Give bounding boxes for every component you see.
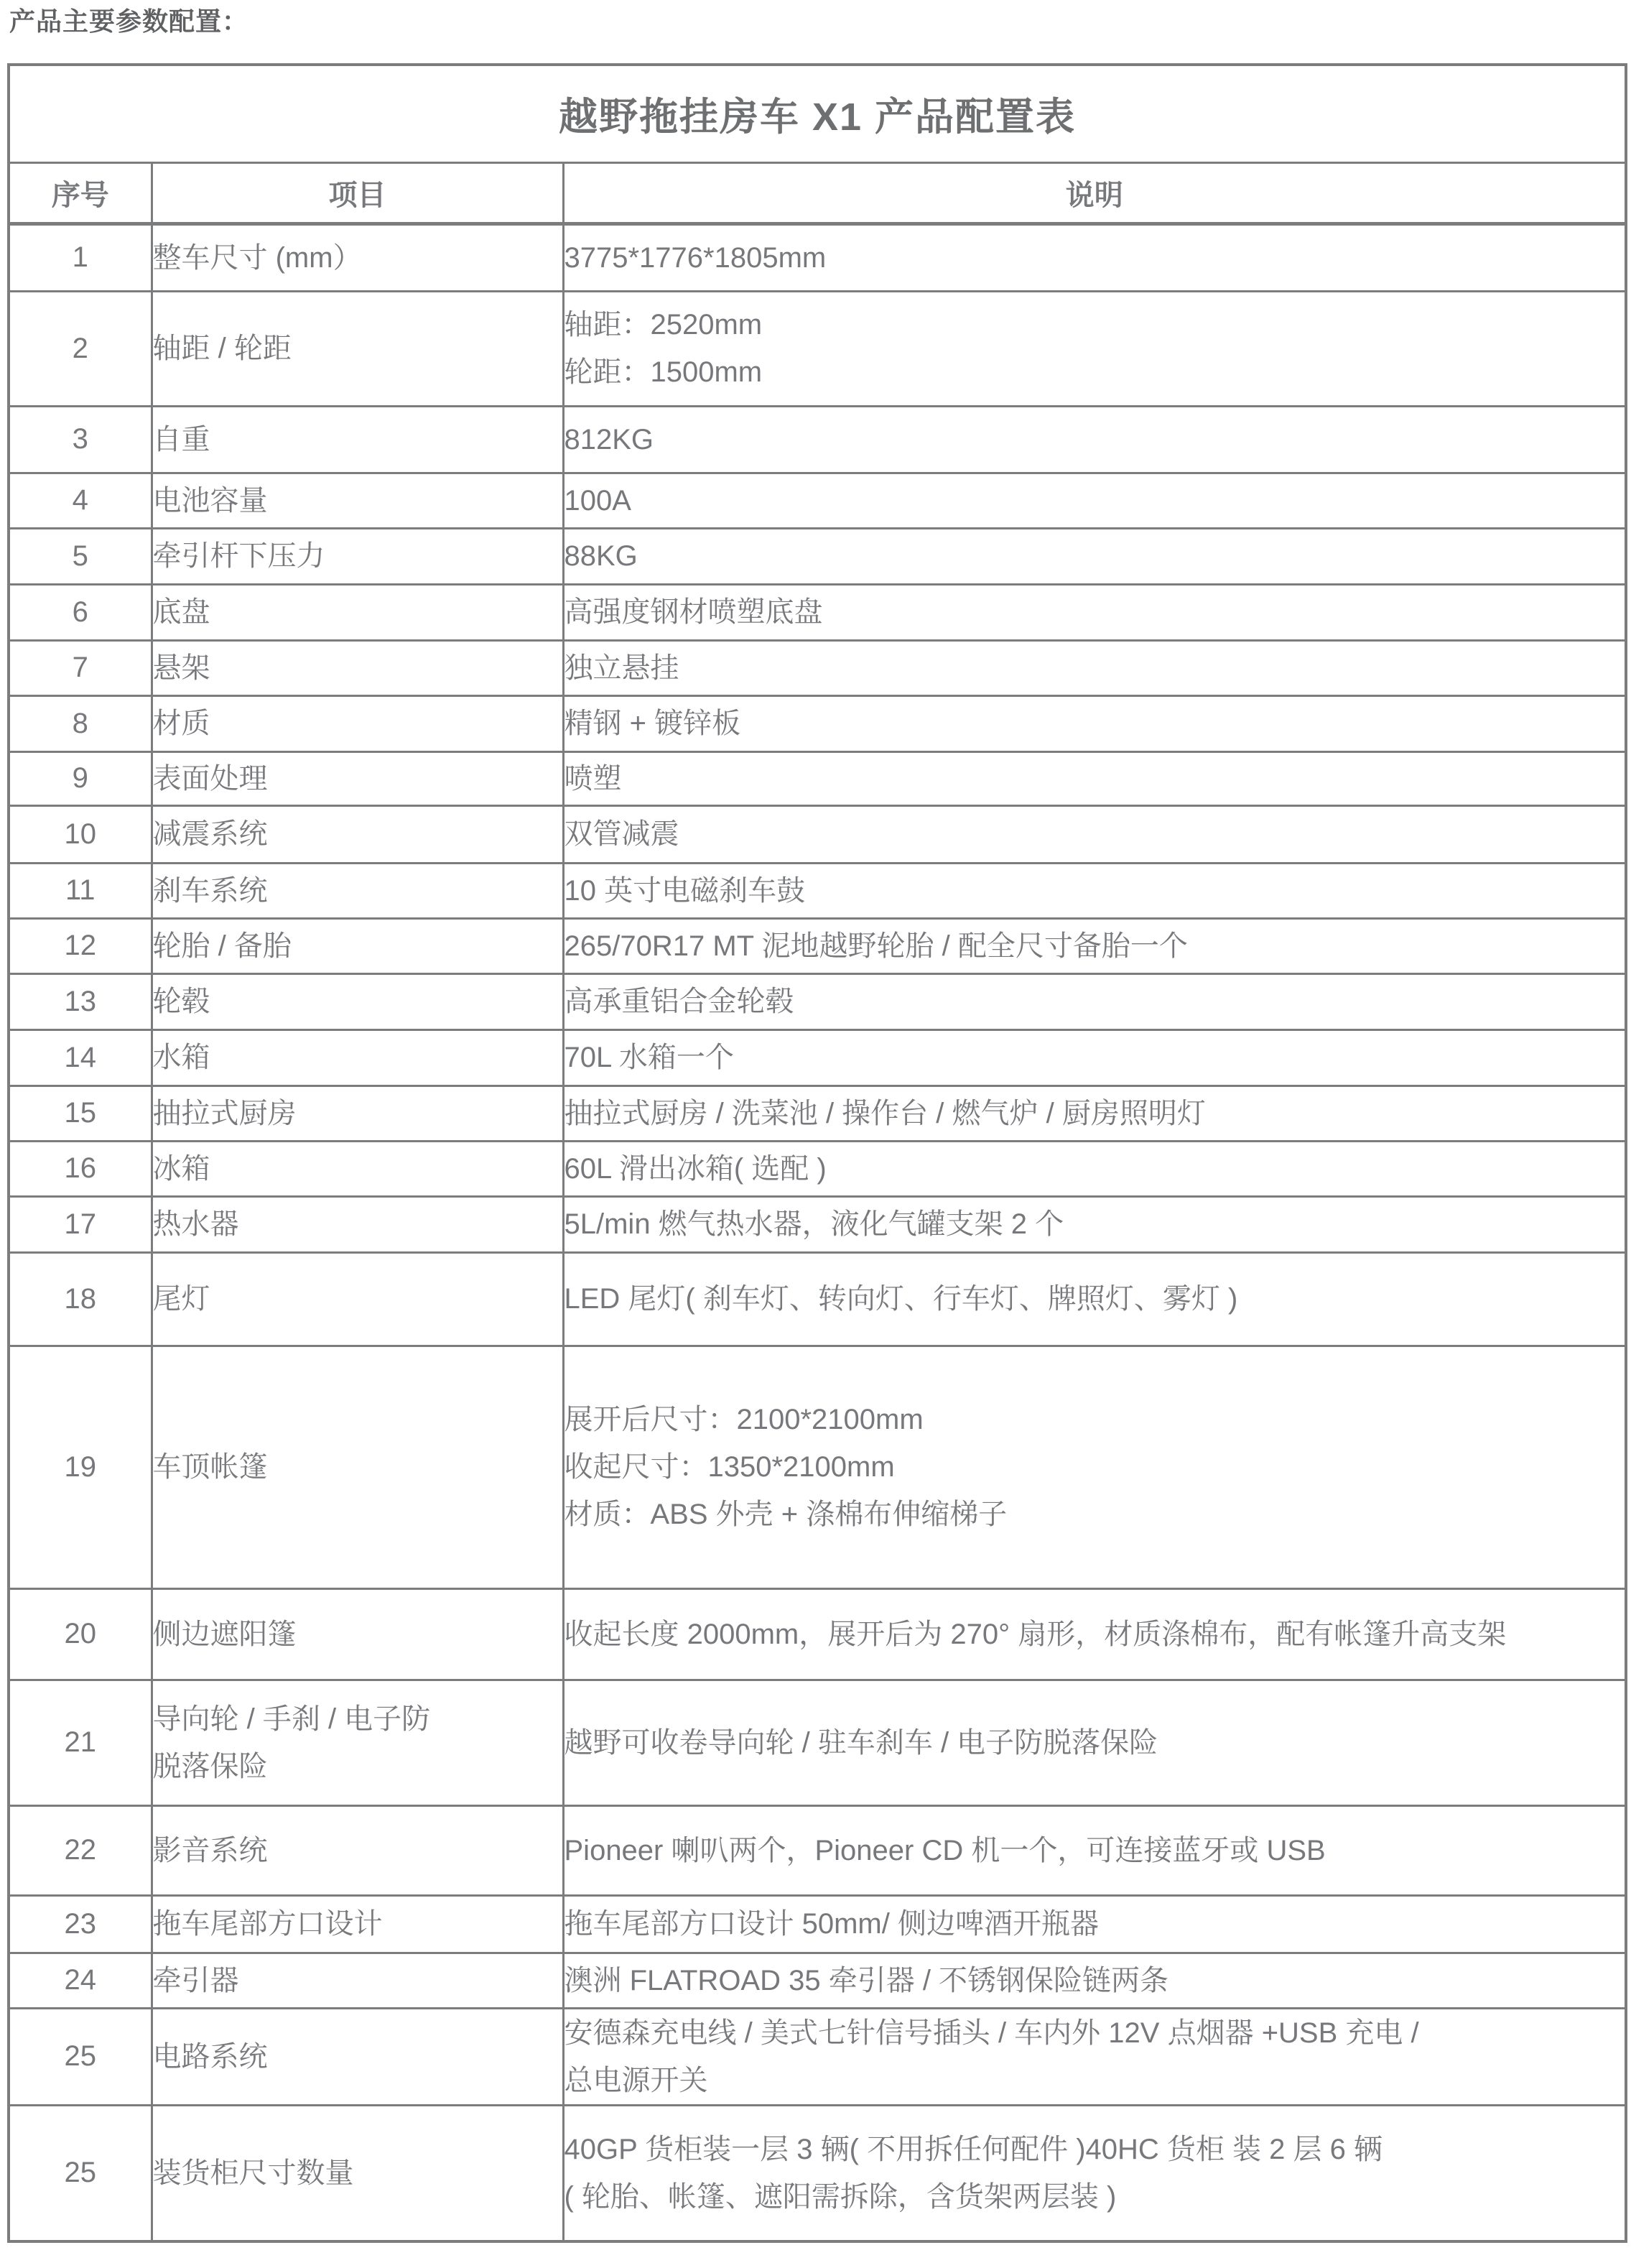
item-line: 拖车尾部方口设计: [153, 1900, 562, 1948]
description-line: 收起长度 2000mm，展开后为 270° 扇形，材质涤棉布，配有帐篷升高支架: [564, 1611, 1625, 1658]
row-number-cell: 14: [9, 1029, 152, 1086]
item-line: 底盘: [153, 588, 562, 636]
description-line: 10 英寸电磁刹车鼓: [564, 867, 1625, 915]
item-cell: 冰箱: [152, 1141, 563, 1196]
description-line: 越野可收卷导向轮 / 驻车刹车 / 电子防脱落保险: [564, 1719, 1625, 1767]
table-row: 5牵引杆下压力88KG: [9, 528, 1626, 584]
item-cell: 减震系统: [152, 805, 563, 863]
description-line: 总电源开关: [564, 2057, 1625, 2104]
table-row: 16冰箱60L 滑出冰箱( 选配 ): [9, 1141, 1626, 1196]
description-cell: LED 尾灯( 刹车灯、转向灯、行车灯、牌照灯、雾灯 ): [563, 1252, 1626, 1346]
item-cell: 材质: [152, 695, 563, 751]
row-number-cell: 9: [9, 751, 152, 805]
description-line: 材质：ABS 外壳 + 涤棉布伸缩梯子: [564, 1491, 1625, 1538]
description-line: 70L 水箱一个: [564, 1034, 1625, 1081]
row-number-cell: 24: [9, 1953, 152, 2008]
item-line: 抽拉式厨房: [153, 1090, 562, 1137]
description-cell: 双管减震: [563, 805, 1626, 863]
row-number-cell: 17: [9, 1196, 152, 1252]
description-line: 精钢 + 镀锌板: [564, 700, 1625, 747]
item-line: 减震系统: [153, 810, 562, 858]
row-number-cell: 7: [9, 640, 152, 695]
description-cell: 265/70R17 MT 泥地越野轮胎 / 配全尺寸备胎一个: [563, 918, 1626, 973]
description-cell: 澳洲 FLATROAD 35 牵引器 / 不锈钢保险链两条: [563, 1953, 1626, 2008]
item-cell: 轮毂: [152, 973, 563, 1029]
description-line: 安德森充电线 / 美式七针信号插头 / 车内外 12V 点烟器 +USB 充电 …: [564, 2009, 1625, 2057]
item-line: 热水器: [153, 1200, 562, 1248]
row-number-cell: 5: [9, 528, 152, 584]
description-cell: 安德森充电线 / 美式七针信号插头 / 车内外 12V 点烟器 +USB 充电 …: [563, 2008, 1626, 2105]
row-number-cell: 19: [9, 1346, 152, 1588]
item-line: 影音系统: [153, 1827, 562, 1874]
item-cell: 电池容量: [152, 473, 563, 528]
description-line: 5L/min 燃气热水器，液化气罐支架 2 个: [564, 1200, 1625, 1248]
table-row: 21导向轮 / 手刹 / 电子防脱落保险越野可收卷导向轮 / 驻车刹车 / 电子…: [9, 1680, 1626, 1805]
row-number-cell: 10: [9, 805, 152, 863]
description-line: 265/70R17 MT 泥地越野轮胎 / 配全尺寸备胎一个: [564, 922, 1625, 970]
description-line: 40GP 货柜装一层 3 辆( 不用拆任何配件 )40HC 货柜 装 2 层 6…: [564, 2126, 1625, 2173]
item-line: 冰箱: [153, 1145, 562, 1193]
description-line: 展开后尺寸：2100*2100mm: [564, 1396, 1625, 1443]
description-cell: 70L 水箱一个: [563, 1029, 1626, 1086]
item-cell: 抽拉式厨房: [152, 1086, 563, 1141]
description-cell: 轴距：2520mm轮距：1500mm: [563, 291, 1626, 406]
item-cell: 装货柜尺寸数量: [152, 2105, 563, 2241]
description-line: 3775*1776*1805mm: [564, 234, 1625, 282]
item-line: 车顶帐篷: [153, 1443, 562, 1491]
item-line: 装货柜尺寸数量: [153, 2149, 562, 2197]
table-row: 6底盘高强度钢材喷塑底盘: [9, 584, 1626, 640]
item-cell: 牵引杆下压力: [152, 528, 563, 584]
table-title: 越野拖挂房车 X1 产品配置表: [9, 65, 1626, 162]
description-cell: 812KG: [563, 406, 1626, 473]
description-cell: 独立悬挂: [563, 640, 1626, 695]
description-line: 抽拉式厨房 / 洗菜池 / 操作台 / 燃气炉 / 厨房照明灯: [564, 1090, 1625, 1137]
table-row: 23拖车尾部方口设计拖车尾部方口设计 50mm/ 侧边啤酒开瓶器: [9, 1895, 1626, 1953]
description-line: 喷塑: [564, 755, 1625, 802]
item-cell: 悬架: [152, 640, 563, 695]
table-row: 3自重812KG: [9, 406, 1626, 473]
row-number-cell: 25: [9, 2105, 152, 2241]
row-number-cell: 3: [9, 406, 152, 473]
description-cell: 10 英寸电磁刹车鼓: [563, 863, 1626, 918]
description-cell: 5L/min 燃气热水器，液化气罐支架 2 个: [563, 1196, 1626, 1252]
description-line: 拖车尾部方口设计 50mm/ 侧边啤酒开瓶器: [564, 1900, 1625, 1948]
item-cell: 轴距 / 轮距: [152, 291, 563, 406]
item-cell: 车顶帐篷: [152, 1346, 563, 1588]
row-number-cell: 2: [9, 291, 152, 406]
description-cell: 40GP 货柜装一层 3 辆( 不用拆任何配件 )40HC 货柜 装 2 层 6…: [563, 2105, 1626, 2241]
row-number-cell: 18: [9, 1252, 152, 1346]
table-row: 12轮胎 / 备胎265/70R17 MT 泥地越野轮胎 / 配全尺寸备胎一个: [9, 918, 1626, 973]
item-line: 自重: [153, 416, 562, 463]
description-cell: 拖车尾部方口设计 50mm/ 侧边啤酒开瓶器: [563, 1895, 1626, 1953]
table-row: 11刹车系统10 英寸电磁刹车鼓: [9, 863, 1626, 918]
item-line: 导向轮 / 手刹 / 电子防: [153, 1695, 562, 1743]
description-line: 双管减震: [564, 810, 1625, 858]
item-cell: 热水器: [152, 1196, 563, 1252]
description-cell: 88KG: [563, 528, 1626, 584]
description-line: 收起尺寸：1350*2100mm: [564, 1443, 1625, 1491]
row-number-cell: 13: [9, 973, 152, 1029]
item-cell: 底盘: [152, 584, 563, 640]
row-number-cell: 1: [9, 223, 152, 291]
description-cell: 精钢 + 镀锌板: [563, 695, 1626, 751]
row-number-cell: 4: [9, 473, 152, 528]
table-row: 20侧边遮阳篷收起长度 2000mm，展开后为 270° 扇形，材质涤棉布，配有…: [9, 1588, 1626, 1680]
item-cell: 导向轮 / 手刹 / 电子防脱落保险: [152, 1680, 563, 1805]
description-cell: 60L 滑出冰箱( 选配 ): [563, 1141, 1626, 1196]
description-line: 60L 滑出冰箱( 选配 ): [564, 1145, 1625, 1193]
description-cell: 展开后尺寸：2100*2100mm收起尺寸：1350*2100mm材质：ABS …: [563, 1346, 1626, 1588]
item-cell: 轮胎 / 备胎: [152, 918, 563, 973]
item-line: 尾灯: [153, 1275, 562, 1323]
header-index: 序号: [9, 162, 152, 223]
spec-table: 越野拖挂房车 X1 产品配置表 序号 项目 说明 1整车尺寸 (mm）3775*…: [7, 63, 1627, 2243]
description-line: 100A: [564, 477, 1625, 524]
table-row: 10减震系统双管减震: [9, 805, 1626, 863]
description-cell: Pioneer 喇叭两个，Pioneer CD 机一个，可连接蓝牙或 USB: [563, 1805, 1626, 1895]
description-cell: 3775*1776*1805mm: [563, 223, 1626, 291]
description-cell: 抽拉式厨房 / 洗菜池 / 操作台 / 燃气炉 / 厨房照明灯: [563, 1086, 1626, 1141]
table-row: 1整车尺寸 (mm）3775*1776*1805mm: [9, 223, 1626, 291]
description-cell: 100A: [563, 473, 1626, 528]
row-number-cell: 15: [9, 1086, 152, 1141]
item-cell: 拖车尾部方口设计: [152, 1895, 563, 1953]
description-cell: 高承重铝合金轮毂: [563, 973, 1626, 1029]
row-number-cell: 25: [9, 2008, 152, 2105]
item-cell: 水箱: [152, 1029, 563, 1086]
item-cell: 整车尺寸 (mm）: [152, 223, 563, 291]
description-line: 澳洲 FLATROAD 35 牵引器 / 不锈钢保险链两条: [564, 1957, 1625, 2004]
item-line: 轴距 / 轮距: [153, 325, 562, 372]
row-number-cell: 6: [9, 584, 152, 640]
item-line: 电池容量: [153, 477, 562, 524]
description-line: 轴距：2520mm: [564, 301, 1625, 348]
item-line: 轮胎 / 备胎: [153, 922, 562, 970]
item-cell: 影音系统: [152, 1805, 563, 1895]
description-cell: 越野可收卷导向轮 / 驻车刹车 / 电子防脱落保险: [563, 1680, 1626, 1805]
description-cell: 喷塑: [563, 751, 1626, 805]
table-row: 2轴距 / 轮距轴距：2520mm轮距：1500mm: [9, 291, 1626, 406]
table-row: 25装货柜尺寸数量40GP 货柜装一层 3 辆( 不用拆任何配件 )40HC 货…: [9, 2105, 1626, 2241]
spec-table-body: 1整车尺寸 (mm）3775*1776*1805mm2轴距 / 轮距轴距：252…: [9, 223, 1626, 2241]
row-number-cell: 11: [9, 863, 152, 918]
description-line: 88KG: [564, 532, 1625, 580]
description-line: 高强度钢材喷塑底盘: [564, 588, 1625, 636]
row-number-cell: 8: [9, 695, 152, 751]
item-cell: 电路系统: [152, 2008, 563, 2105]
description-line: 独立悬挂: [564, 644, 1625, 692]
row-number-cell: 16: [9, 1141, 152, 1196]
page-label: 产品主要参数配置：: [9, 1, 248, 38]
description-line: Pioneer 喇叭两个，Pioneer CD 机一个，可连接蓝牙或 USB: [564, 1827, 1625, 1874]
item-line: 材质: [153, 700, 562, 747]
item-cell: 侧边遮阳篷: [152, 1588, 563, 1680]
item-cell: 自重: [152, 406, 563, 473]
item-line: 整车尺寸 (mm）: [153, 234, 562, 282]
table-row: 24牵引器澳洲 FLATROAD 35 牵引器 / 不锈钢保险链两条: [9, 1953, 1626, 2008]
item-line: 侧边遮阳篷: [153, 1611, 562, 1658]
description-line: LED 尾灯( 刹车灯、转向灯、行车灯、牌照灯、雾灯 ): [564, 1275, 1625, 1323]
table-row: 4电池容量100A: [9, 473, 1626, 528]
item-line: 牵引器: [153, 1957, 562, 2004]
header-description: 说明: [563, 162, 1626, 223]
description-cell: 高强度钢材喷塑底盘: [563, 584, 1626, 640]
item-line: 悬架: [153, 644, 562, 692]
item-line: 牵引杆下压力: [153, 532, 562, 580]
table-row: 8材质精钢 + 镀锌板: [9, 695, 1626, 751]
description-line: ( 轮胎、帐篷、遮阳需拆除，含货架两层装 ): [564, 2173, 1625, 2221]
table-row: 7悬架独立悬挂: [9, 640, 1626, 695]
row-number-cell: 23: [9, 1895, 152, 1953]
table-row: 25电路系统安德森充电线 / 美式七针信号插头 / 车内外 12V 点烟器 +U…: [9, 2008, 1626, 2105]
table-row: 19车顶帐篷展开后尺寸：2100*2100mm收起尺寸：1350*2100mm材…: [9, 1346, 1626, 1588]
row-number-cell: 22: [9, 1805, 152, 1895]
table-row: 17热水器5L/min 燃气热水器，液化气罐支架 2 个: [9, 1196, 1626, 1252]
header-row: 序号 项目 说明: [9, 162, 1626, 223]
table-row: 22影音系统Pioneer 喇叭两个，Pioneer CD 机一个，可连接蓝牙或…: [9, 1805, 1626, 1895]
title-row: 越野拖挂房车 X1 产品配置表: [9, 65, 1626, 162]
item-cell: 表面处理: [152, 751, 563, 805]
item-line: 轮毂: [153, 978, 562, 1025]
description-line: 812KG: [564, 416, 1625, 463]
table-row: 18尾灯LED 尾灯( 刹车灯、转向灯、行车灯、牌照灯、雾灯 ): [9, 1252, 1626, 1346]
item-line: 表面处理: [153, 755, 562, 802]
item-cell: 尾灯: [152, 1252, 563, 1346]
item-line: 水箱: [153, 1034, 562, 1081]
item-cell: 刹车系统: [152, 863, 563, 918]
row-number-cell: 20: [9, 1588, 152, 1680]
row-number-cell: 21: [9, 1680, 152, 1805]
item-line: 脱落保险: [153, 1743, 562, 1790]
row-number-cell: 12: [9, 918, 152, 973]
item-line: 电路系统: [153, 2033, 562, 2080]
item-line: 刹车系统: [153, 867, 562, 915]
description-line: 高承重铝合金轮毂: [564, 978, 1625, 1025]
table-row: 15抽拉式厨房抽拉式厨房 / 洗菜池 / 操作台 / 燃气炉 / 厨房照明灯: [9, 1086, 1626, 1141]
header-item: 项目: [152, 162, 563, 223]
item-cell: 牵引器: [152, 1953, 563, 2008]
table-row: 14水箱70L 水箱一个: [9, 1029, 1626, 1086]
description-line: 轮距：1500mm: [564, 348, 1625, 396]
table-row: 13轮毂高承重铝合金轮毂: [9, 973, 1626, 1029]
table-row: 9表面处理喷塑: [9, 751, 1626, 805]
description-cell: 收起长度 2000mm，展开后为 270° 扇形，材质涤棉布，配有帐篷升高支架: [563, 1588, 1626, 1680]
